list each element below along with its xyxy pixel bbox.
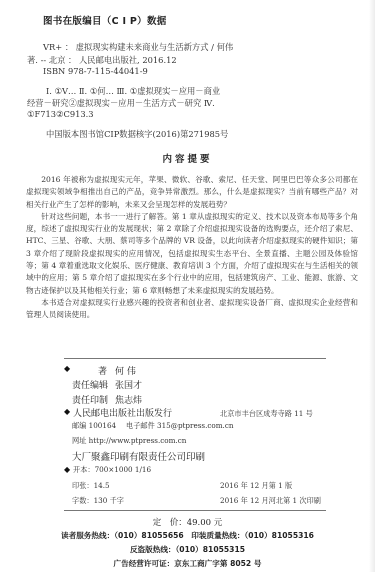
word-count: 字数：130 千字 (72, 496, 124, 506)
summary-paragraph: 2016 年被称为虚拟现实元年，苹果、微软、谷歌、索尼、任天堂、阿里巴巴等众多公… (26, 174, 358, 211)
postcode: 邮编 100164 (72, 421, 116, 431)
email: 电子邮件 315@ptpress.com.cn (126, 421, 234, 431)
summary-body: 2016 年被称为虚拟现实元年，苹果、微软、谷歌、索尼、任天堂、阿里巴巴等众多公… (26, 174, 358, 322)
print-supervisor-label: 责任印制 (72, 393, 108, 406)
ad-license: 广告经营许可证：京东工商广字第 8052 号 (0, 558, 375, 569)
summary-paragraph: 本书适合对虚拟现实行业感兴趣的投资者和创业者、虚拟现实设备厂商、虚拟现实企业经营… (26, 297, 358, 322)
printed-sheets: 印张：14.5 (72, 481, 110, 491)
cip-verification-number: 中国版本图书馆CIP数据核字(2016)第271985号 (46, 128, 228, 140)
cip-title: 图书在版编目（C I P）数据 (43, 13, 167, 27)
printing-run: 2016 年 12 月河北第 1 次印刷 (220, 496, 321, 506)
colophon-top-rule (64, 358, 326, 359)
summary-paragraph: 针对这些问题，本书一一进行了解答。第 1 章从虚拟现实的定义、技术以及资本布局等… (26, 211, 358, 297)
cip-line-isbn: ISBN 978-7-115-44041-9 (43, 66, 148, 76)
format: 开本：700×1000 1/16 (73, 465, 151, 475)
print-supervisor-name: 焦志炜 (115, 393, 142, 406)
cip-classification-3: ①F713②C913.3 (27, 109, 94, 119)
page-gutter-shadow (369, 0, 375, 572)
edition: 2016 年 12 月第 1 版 (220, 481, 292, 491)
editor-name: 张国才 (115, 378, 142, 391)
publisher: 人民邮电出版社出版发行 (73, 406, 172, 419)
cip-line-publisher: 著. -- 北京 ： 人民邮电出版社, 2016.12 (27, 54, 177, 66)
summary-heading: 内容提要 (0, 151, 375, 165)
colophon-bottom-rule (64, 510, 326, 511)
diamond-bullet-icon: ◆ (64, 465, 70, 474)
cip-classification-1: Ⅰ. ①V… Ⅱ. ①何… Ⅲ. ①虚拟现实－应用－商业 (46, 85, 220, 97)
printing-company: 大厂聚鑫印刷有限责任公司印刷 (72, 449, 205, 463)
author-name: 何 伟 (115, 364, 136, 377)
cip-classification-2: 经营－研究②虚拟现实－应用－生活方式－研究 Ⅳ. (27, 97, 215, 109)
anti-piracy-hotline: 反盗版热线：（010）81055315 (0, 544, 375, 555)
service-hotlines: 读者服务热线：（010）81055656 印装质量热线：（010）8105531… (0, 530, 375, 541)
diamond-bullet-icon: ◆ (64, 364, 70, 373)
publisher-address: 北京市丰台区成寿寺路 11 号 (220, 409, 313, 419)
editor-label: 责任编辑 (72, 378, 108, 391)
author-label: 著 (98, 364, 107, 377)
diamond-bullet-icon: ◆ (64, 407, 70, 416)
website: 网址 http://www.ptpress.com.cn (72, 436, 186, 446)
price: 定 价：49.00 元 (0, 516, 375, 528)
cip-line-title: VR+ ： 虚拟现实构建未来商业与生活新方式 / 何伟 (43, 41, 233, 53)
